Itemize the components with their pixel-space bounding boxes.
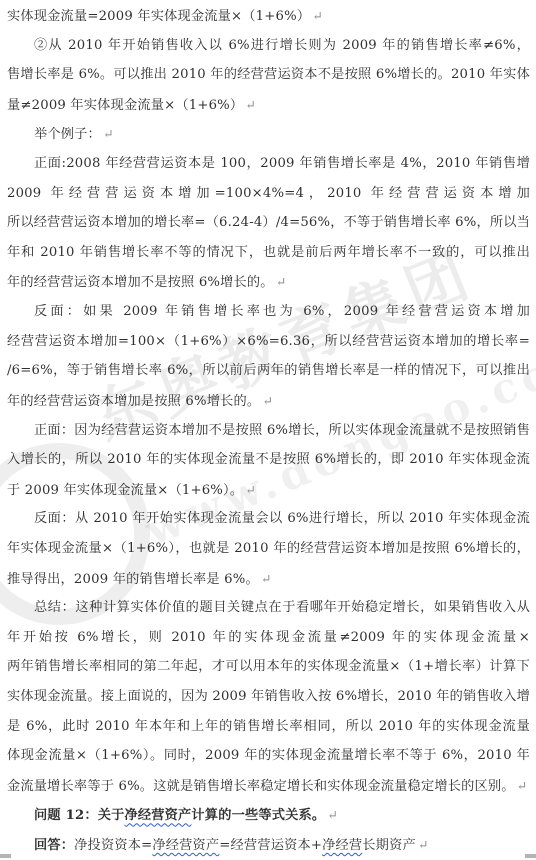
text-segment: 所以经营营运资本增加的增长率=（6.24-4）/4=56%，不等于销售增长率 6… <box>7 215 530 238</box>
text-line: 于 2009 年实体现金流量×（1+6%）。↵ <box>7 475 530 505</box>
document-text-body: 实体现金流量=2009 年实体现金流量×（1+6%）↵②从 2010 年开始销售… <box>0 0 536 860</box>
paragraph-mark-icon: ↵ <box>517 778 528 793</box>
text-line: 年实体现金流量×（1+6%），也就是 2010 年的经营营运资本增加是按照 6%… <box>7 534 530 564</box>
text-line: 年和 2010 年销售增长率不等的情况下，也就是前后两年增长率不一致的，可以推出… <box>7 238 530 268</box>
text-line: 2009 年经营营运资本增加=100×4%=4，2010 年经营营运资本增加=1… <box>7 179 530 209</box>
text-line: /6=6%，等于销售增长率 6%，所以前后两年的销售增长率是一样的情况下，可以推… <box>7 356 530 386</box>
text-segment: 计算的一些等式关系。 <box>191 808 325 823</box>
spellcheck-flagged-term: 净经营资产 <box>124 808 191 823</box>
text-line: 金流量增长率等于 6%。这就是销售增长率稳定增长和实体现金流量稳定增长的区别。↵ <box>7 771 530 801</box>
text-line: 经营营运资本增加=100×（1+6%）×6%=6.36，所以经营营运资本增加的增… <box>7 327 530 357</box>
text-line: 量≠2009 年实体现金流量×（1+6%）↵ <box>7 90 530 120</box>
paragraph-mark-icon: ↵ <box>103 126 114 141</box>
text-segment: 售增长率是 6%。可以推出 2010 年的经营营运资本不是按照 6%增长的。20… <box>7 67 530 90</box>
text-segment: 年开始按 6%增长，则 2010 年的实体现金流量≠2009 年的实体现金流量×… <box>7 630 530 653</box>
text-segment: 量≠2009 年实体现金流量×（1+6%） <box>7 98 243 113</box>
text-line: 所以经营营运资本增加的增长率=（6.24-4）/4=56%，不等于销售增长率 6… <box>7 208 530 238</box>
text-segment: 两年销售增长率相同的第二年起，才可以用本年的实体现金流量×（1+增长率）计算下年… <box>7 659 530 682</box>
text-segment: 2009 年经营营运资本增加=100×4%=4，2010 年经营营运资本增加=1… <box>7 186 530 209</box>
text-line: 正面：因为经营营运资本增加不是按照 6%增长，所以实体现金流量就不是按照销售收 <box>7 416 530 446</box>
text-segment: 入增长的，所以 2010 年的实体现金流量不是按照 6%增长的，即 2010 年… <box>7 452 530 475</box>
text-segment: ②从 2010 年开始销售收入以 6%进行增长则为 2009 年的销售增长率≠6… <box>34 38 530 61</box>
text-line: 是 6%，此时 2010 年本年和上年的销售增长率相同，所以 2010 年的实体… <box>7 712 530 742</box>
document-page: 东奥教育集团 www.dongao.com 实体现金流量=2009 年实体现金流… <box>0 0 536 860</box>
text-segment: 年实体现金流量×（1+6%），也就是 2010 年的经营营运资本增加是按照 6%… <box>7 541 530 564</box>
text-line: 实体现金流量。接上面说的，因为 2009 年销售收入按 6%增长，2010 年的… <box>7 682 530 712</box>
text-segment: 年和 2010 年销售增长率不等的情况下，也就是前后两年增长率不一致的，可以推出… <box>7 245 530 268</box>
text-line: 年开始按 6%增长，则 2010 年的实体现金流量≠2009 年的实体现金流量×… <box>7 623 530 653</box>
text-line: 回答：净投资资本=净经营资产=经营营运资本+净经营长期资产↵ <box>7 830 530 860</box>
text-segment: 反面：如果 2009 年销售增长率也为 6%，2009 年经营营运资本增加=10… <box>34 304 530 327</box>
text-segment: /6=6%，等于销售增长率 6%，所以前后两年的销售增长率是一样的情况下，可以推… <box>7 363 530 386</box>
text-line: 体现金流量×（1+6%）。同时，2009 年的实体现金流量增长率不等于 6%，2… <box>7 741 530 771</box>
text-segment: 经营营运资本增加=100×（1+6%）×6%=6.36，所以经营营运资本增加的增… <box>7 334 530 357</box>
paragraph-mark-icon: ↵ <box>276 274 287 289</box>
text-segment: 年的经营营运资本增加不是按照 6%增长的。 <box>7 275 274 290</box>
text-line: 售增长率是 6%。可以推出 2010 年的经营营运资本不是按照 6%增长的。20… <box>7 60 530 90</box>
text-segment: 推导得出，2009 年的销售增长率是 6%。 <box>7 572 259 587</box>
paragraph-mark-icon: ↵ <box>262 393 273 408</box>
paragraph-mark-icon: ↵ <box>245 97 256 112</box>
text-segment: 正面:2008 年经营营运资本是 100，2009 年销售增长率是 4%，201… <box>34 156 530 179</box>
text-segment: 正面：因为经营营运资本增加不是按照 6%增长，所以实体现金流量就不是按照销售收 <box>34 423 530 446</box>
text-segment: 于 2009 年实体现金流量×（1+6%）。 <box>7 483 243 498</box>
text-line: 反面：如果 2009 年销售增长率也为 6%，2009 年经营营运资本增加=10… <box>7 297 530 327</box>
spellcheck-flagged-term: 净经营 <box>322 838 362 853</box>
text-line: 年的经营营运资本增加不是按照 6%增长的。↵ <box>7 267 530 297</box>
paragraph-mark-icon: ↵ <box>312 8 323 23</box>
text-segment: 回答： <box>34 838 74 853</box>
text-line: 总结：这种计算实体价值的题目关键点在于看哪年开始稳定增长，如果销售收入从 201… <box>7 593 530 623</box>
text-line: 入增长的，所以 2010 年的实体现金流量不是按照 6%增长的，即 2010 年… <box>7 445 530 475</box>
text-segment: 长期资产 <box>362 838 416 853</box>
text-line: 推导得出，2009 年的销售增长率是 6%。↵ <box>7 564 530 594</box>
text-line: 实体现金流量=2009 年实体现金流量×（1+6%）↵ <box>7 1 530 31</box>
paragraph-mark-icon: ↵ <box>327 807 338 822</box>
text-segment: 体现金流量×（1+6%）。同时，2009 年的实体现金流量增长率不等于 6%，2… <box>7 748 530 771</box>
spellcheck-flagged-term: 净经营资产 <box>152 838 219 853</box>
text-segment: =经营营运资本+ <box>219 838 322 853</box>
text-segment: 净投资资本= <box>74 838 152 853</box>
text-segment: 反面：从 2010 年开始实体现金流量会以 6%进行增长，所以 2010 年实体… <box>34 511 530 534</box>
text-line: 两年销售增长率相同的第二年起，才可以用本年的实体现金流量×（1+增长率）计算下年… <box>7 652 530 682</box>
text-segment: 问题 12：关于 <box>34 808 124 823</box>
text-line: 年的经营营运资本增加是按照 6%增长的。↵ <box>7 386 530 416</box>
text-segment: 实体现金流量。接上面说的，因为 2009 年销售收入按 6%增长，2010 年的… <box>7 689 530 712</box>
paragraph-mark-icon: ↵ <box>418 837 429 852</box>
text-line: 举个例子：↵ <box>7 119 530 149</box>
text-segment: 是 6%，此时 2010 年本年和上年的销售增长率相同，所以 2010 年的实体… <box>7 719 530 742</box>
text-line: 正面:2008 年经营营运资本是 100，2009 年销售增长率是 4%，201… <box>7 149 530 179</box>
paragraph-mark-icon: ↵ <box>261 571 272 586</box>
text-segment: 总结：这种计算实体价值的题目关键点在于看哪年开始稳定增长，如果销售收入从 201… <box>34 600 530 623</box>
page-bottom-right-corner-mark <box>525 854 536 858</box>
text-line: 问题 12：关于净经营资产计算的一些等式关系。↵ <box>7 800 530 830</box>
text-line: 反面：从 2010 年开始实体现金流量会以 6%进行增长，所以 2010 年实体… <box>7 504 530 534</box>
text-segment: 年的经营营运资本增加是按照 6%增长的。 <box>7 394 260 409</box>
page-bottom-left-corner-mark <box>0 854 11 858</box>
paragraph-mark-icon: ↵ <box>245 482 256 497</box>
text-line: ②从 2010 年开始销售收入以 6%进行增长则为 2009 年的销售增长率≠6… <box>7 31 530 61</box>
text-segment: 金流量增长率等于 6%。这就是销售增长率稳定增长和实体现金流量稳定增长的区别。 <box>7 779 515 794</box>
text-segment: 举个例子： <box>34 127 101 142</box>
text-segment: 实体现金流量=2009 年实体现金流量×（1+6%） <box>7 9 310 24</box>
